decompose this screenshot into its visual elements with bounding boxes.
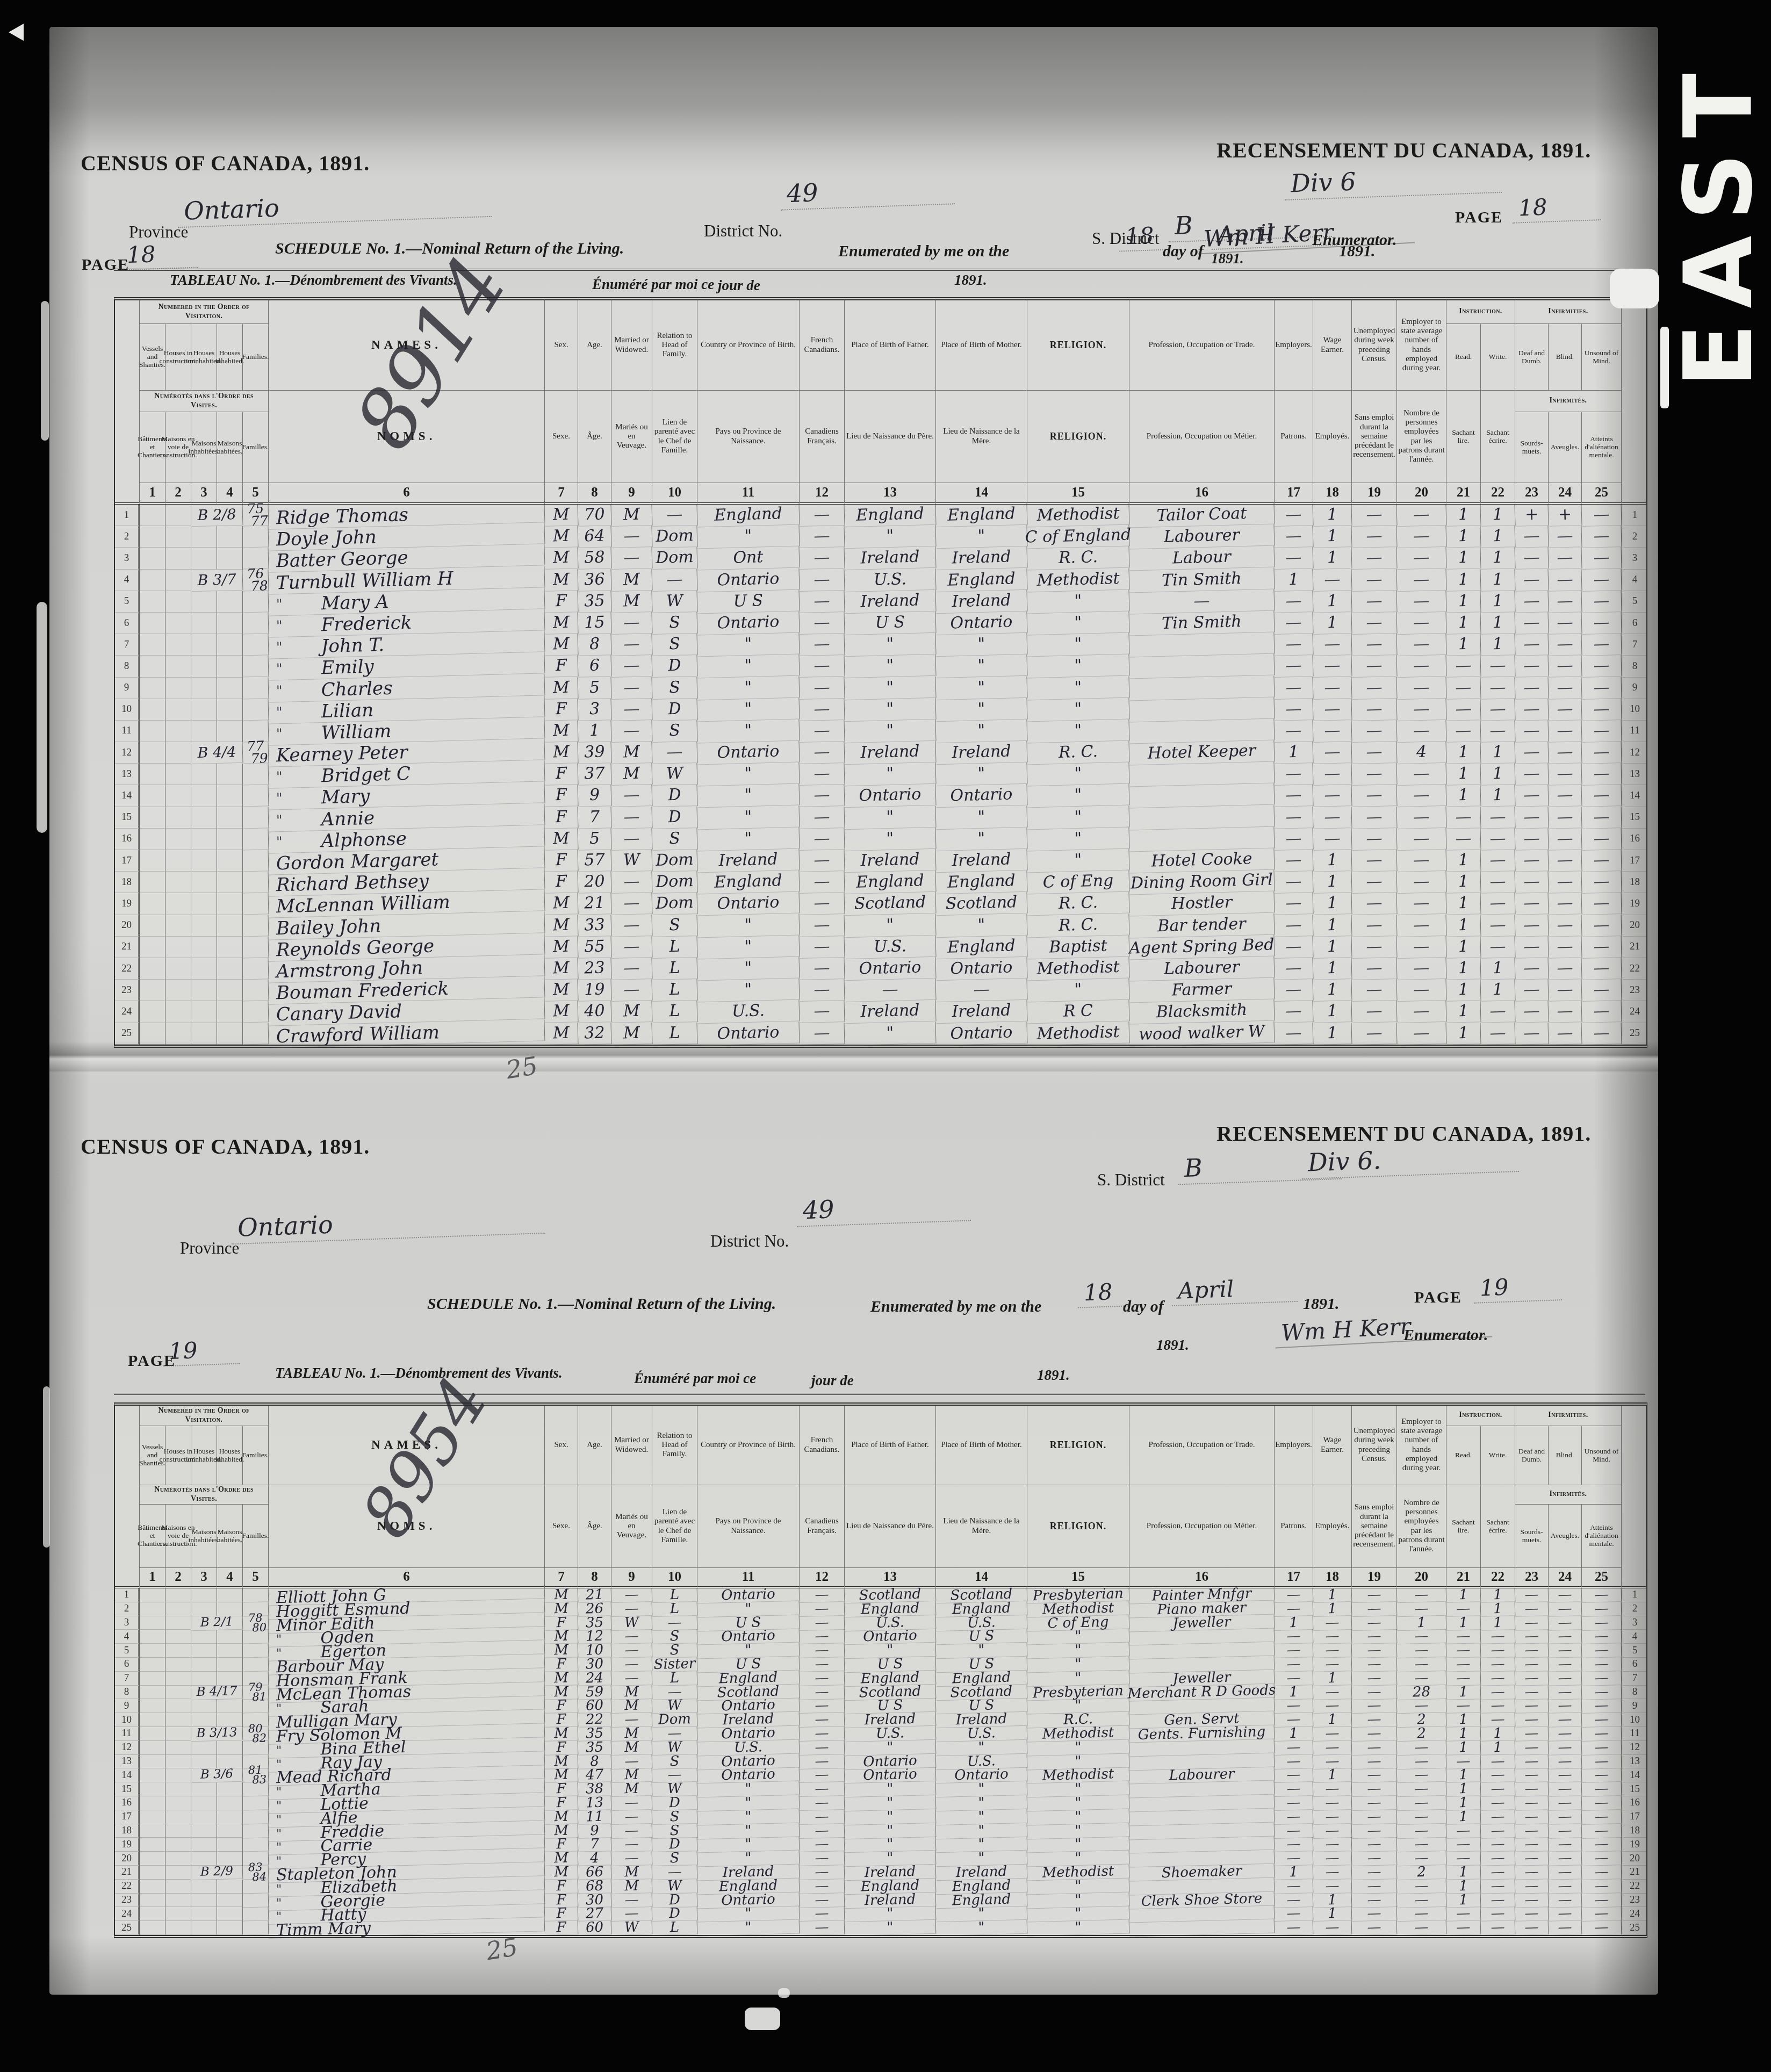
blind-entry: — [1548,893,1582,916]
french-canadian-entry: — [799,699,845,721]
deaf-entry: — [1515,763,1549,786]
age-entry: 60 [578,1920,612,1935]
column-label-fr-8: Âge. [578,391,611,483]
column-label-fr-10: Lien de parenté avec le Chef de Famille. [652,391,697,483]
family-number [242,785,269,807]
column-label-fr-24: Aveugles. [1549,412,1582,483]
unemployed-entry: — [1351,914,1397,937]
empty-cell [191,1921,217,1935]
occupation-entry: Blacksmith [1129,999,1275,1025]
empty-cell [217,1838,243,1852]
occupation-entry: Tin Smith [1129,567,1275,593]
empty-cell [191,1672,217,1686]
mother-birthplace-entry: " [936,633,1028,657]
age-entry: 39 [578,742,611,764]
father-birthplace-entry: Scotland [845,892,937,916]
hands-employed-entry: — [1396,763,1446,786]
age-entry: 64 [578,526,611,548]
empty-cell [191,958,217,980]
employer-entry: — [1274,785,1313,808]
row-number: 11 [115,721,140,742]
column-number: 13 [845,1568,936,1588]
read-entry: — [1446,807,1481,829]
hands-employed-entry: — [1396,526,1446,549]
empty-cell [217,1852,243,1866]
unsound-entry: — [1581,1023,1622,1045]
column-number: 11 [697,1568,800,1588]
empty-cell [140,1838,165,1852]
birth-country-entry: Ontario [697,741,800,765]
employer-entry: 1 [1274,742,1313,764]
deaf-entry: — [1515,893,1549,916]
hands-employed-entry: — [1396,828,1446,851]
column-number: 20 [1397,1568,1446,1588]
religion-entry: " [1027,654,1130,679]
employer-entry: — [1274,612,1313,635]
column-number: 25 [1582,1568,1622,1588]
hands-employed-entry: — [1396,1022,1446,1045]
empty-cell [140,829,165,850]
empty-cell [191,1630,217,1644]
row-number: 4 [1622,570,1646,591]
empty-cell [165,526,191,548]
married-widowed-entry: — [611,699,652,721]
relation-entry: — [652,742,697,764]
empty-cell [165,1686,191,1700]
family-number [242,807,269,829]
unsound-entry: — [1581,1001,1622,1023]
hands-employed-entry: — [1396,893,1446,916]
row-number: 13 [1622,1755,1646,1769]
birth-country-entry: Ontario [697,611,800,635]
unsound-entry: — [1581,634,1622,656]
paper-edge-tear [37,602,47,833]
column-number: 3 [191,1568,217,1588]
visitation-column-label-fr: Maisons inhabitées. [191,1505,217,1568]
father-birthplace-entry: England [845,503,937,528]
column-number: 16 [1129,483,1275,505]
family-number [242,936,269,958]
census-table-page-18: Numbered in the Order of Visitation.Vess… [49,91,1658,1080]
row-number: 15 [115,807,140,829]
relation-entry: S [652,720,697,743]
row-number: 16 [1622,1796,1646,1810]
married-widowed-entry: W [611,850,652,872]
wage-earner-entry: 1 [1313,958,1352,980]
hands-employed-entry: — [1396,785,1446,808]
hands-employed-entry: — [1396,806,1446,829]
empty-cell [191,634,217,656]
empty-cell [140,1699,165,1713]
married-widowed-entry: — [611,526,652,548]
empty-cell [140,1852,165,1866]
relation-entry: S [652,677,697,699]
empty-cell [140,1810,165,1824]
sex-entry: M [544,958,578,980]
empty-cell [140,1001,165,1023]
blind-entry: — [1548,634,1582,656]
visitation-column-label-fr: Maisons inhabitées. [191,412,217,483]
relation-entry: S [652,612,697,635]
employer-entry: — [1274,526,1313,548]
religion-entry: R. C. [1027,892,1130,916]
birth-country-entry: England [697,870,800,895]
age-entry: 33 [578,915,611,937]
unsound-entry: — [1581,785,1622,807]
occupation-entry [1129,654,1275,679]
deaf-entry: — [1515,807,1549,829]
deaf-entry: — [1515,677,1549,700]
married-widowed-entry: — [611,828,652,851]
column-label-fr-12: Canadiens Français. [800,1485,845,1568]
married-widowed-entry: — [611,893,652,915]
deaf-entry: — [1515,915,1549,937]
empty-cell [191,1894,217,1908]
unsound-entry: — [1581,763,1622,786]
mother-birthplace-entry: England [936,568,1028,592]
visitation-entry: B 4/17 [191,1685,243,1700]
hands-employed-entry: — [1396,655,1446,678]
empty-cell [191,1001,217,1023]
family-number [243,1588,269,1602]
paper-edge-tear [41,301,49,441]
deaf-entry: — [1515,656,1549,678]
family-number: 7880 [243,1616,269,1630]
empty-cell [165,785,191,807]
empty-cell [217,915,243,937]
mother-birthplace-entry: England [936,936,1028,960]
father-birthplace-entry: " [845,828,937,852]
married-widowed-entry: — [611,720,652,743]
empty-cell [140,937,165,958]
column-label-en-7: Sex. [545,300,578,391]
unemployed-entry: — [1351,547,1397,570]
empty-cell [191,1644,217,1658]
unemployed-entry: — [1351,1001,1397,1023]
empty-cell [217,699,243,721]
mother-birthplace-entry: " [936,697,1028,722]
write-entry: 1 [1480,569,1515,592]
married-widowed-entry: M [611,1001,652,1023]
column-label-en-12: French Canadians. [800,1406,845,1485]
column-label-fr-25: Atteints d'aliénation mentale. [1582,412,1622,483]
empty-cell [165,1602,191,1616]
sex-entry: M [544,915,578,937]
column-number: 2 [165,483,191,505]
empty-cell [165,1755,191,1769]
empty-cell [140,742,165,764]
french-canadian-entry: — [799,742,845,764]
french-canadian-entry: — [799,634,845,656]
age-entry: 5 [578,828,611,851]
unemployed-entry: — [1351,634,1397,656]
empty-cell [191,591,217,613]
married-widowed-entry: — [611,958,652,980]
column-label-en-18: Wage Earner. [1313,300,1352,391]
read-entry: 1 [1446,504,1481,527]
married-widowed-entry: M [611,504,652,527]
empty-cell [165,1838,191,1852]
column-number: 22 [1481,1568,1515,1588]
write-entry: — [1480,893,1515,916]
empty-cell [191,980,217,1001]
empty-cell [217,1880,243,1894]
married-widowed-entry: M [611,591,652,613]
empty-cell [140,1672,165,1686]
row-number: 19 [1622,893,1646,915]
religion-entry: R. C. [1027,546,1130,571]
empty-cell [217,937,243,958]
write-entry: 1 [1480,785,1515,808]
row-number-header [115,1406,140,1588]
family-number [243,1838,269,1852]
empty-cell [140,1768,165,1782]
unemployed-entry: — [1351,828,1397,851]
column-label-en-20: Employer to state average number of hand… [1397,1406,1446,1485]
blind-entry: — [1548,548,1582,570]
column-label-fr-9: Mariés ou en Veuvage. [611,391,652,483]
relation-entry: S [652,914,697,937]
birth-country-entry: England [697,503,800,528]
column-number: 7 [545,483,578,505]
visitation-column-label-fr: Familles. [243,1505,269,1568]
age-entry: 8 [578,634,611,656]
married-widowed-entry: W [611,1920,653,1936]
row-number: 10 [1622,1713,1646,1727]
married-widowed-entry: — [611,936,652,959]
empty-cell [217,980,243,1001]
unsound-entry: — [1581,720,1622,743]
sex-entry: F [544,785,578,808]
column-label-en-19: Unemployed during week preceding Census. [1352,1406,1397,1485]
mother-birthplace-entry: Ontario [936,957,1028,981]
french-canadian-entry: — [799,526,845,548]
row-number: 9 [1622,678,1646,699]
wage-earner-entry: 1 [1313,504,1352,527]
occupation-entry [1129,805,1275,830]
french-canadian-entry: — [800,1920,845,1936]
column-number: 24 [1549,1568,1582,1588]
birth-country-entry: U.S. [697,1000,800,1024]
french-canadian-entry: — [799,1001,845,1023]
write-entry: — [1480,655,1515,678]
visitation-column-label-fr: Maisons habitées. [217,412,243,483]
unemployed-entry: — [1351,612,1397,635]
age-entry: 40 [578,1001,611,1024]
family-number [242,591,269,613]
column-label-fr-9: Mariés ou en Veuvage. [611,1485,652,1568]
french-canadian-entry: — [799,547,845,570]
column-number: 23 [1515,483,1549,505]
religion-entry: " [1027,827,1130,851]
mother-birthplace-entry: " [936,805,1028,830]
write-entry: — [1480,828,1515,851]
row-number: 17 [1622,850,1646,872]
religion-entry: " [1027,676,1130,700]
unemployed-entry: — [1352,1920,1398,1936]
sex-entry: M [544,677,578,700]
empty-cell [191,937,217,958]
family-number [242,634,269,656]
empty-cell [191,1713,217,1727]
column-number: 10 [652,483,697,505]
column-number: 6 [269,483,545,505]
column-label-fr-13: Lieu de Naissance du Père. [845,391,936,483]
write-entry: 1 [1480,958,1515,980]
married-widowed-entry: — [611,785,652,807]
read-entry: — [1446,655,1481,678]
film-artifact [745,2008,780,2030]
write-entry: — [1480,1023,1515,1045]
age-entry: 6 [578,656,611,678]
row-number: 22 [115,958,140,980]
father-birthplace-entry: " [845,525,937,549]
column-number: 5 [243,1568,269,1588]
wage-earner-entry: — [1313,785,1352,808]
row-number: 24 [1622,1001,1646,1023]
occupation-entry: Hostler [1129,891,1275,917]
row-number: 18 [115,872,140,893]
column-label-en-22: Write. [1481,324,1515,391]
mother-birthplace-entry: Ireland [936,849,1028,873]
row-number: 21 [1622,1866,1646,1880]
column-label-en-11: Country or Province of Birth. [697,300,800,391]
unemployed-entry: — [1351,742,1397,764]
visitation-entry: B 3/13 [191,1726,243,1742]
unsound-entry: — [1581,828,1622,851]
empty-cell [165,613,191,634]
row-number: 12 [1622,1741,1646,1755]
empty-cell [165,1907,191,1921]
relation-entry: Dom [652,893,697,915]
relation-entry: S [652,634,697,656]
wage-earner-entry: 1 [1313,547,1352,570]
family-number [243,1782,269,1797]
hands-employed-entry: — [1396,850,1446,873]
column-label-en-14: Place of Birth of Mother. [936,300,1027,391]
unsound-entry: — [1581,958,1622,980]
empty-cell [217,893,243,915]
column-label-fr-14: Lieu de Naissance de la Mère. [936,391,1027,483]
french-canadian-entry: — [799,785,845,807]
religion-entry: " [1027,589,1130,614]
family-number [243,1824,269,1838]
empty-cell [140,591,165,613]
column-label-en-15: RELIGION. [1027,300,1129,391]
read-entry: 1 [1446,936,1481,959]
write-entry: 1 [1480,591,1515,613]
empty-cell [140,1713,165,1727]
empty-cell [165,937,191,958]
infirmities-group-title-en: Infirmities. [1515,300,1622,324]
age-entry: 57 [578,850,611,872]
column-number: 9 [611,483,652,505]
empty-cell [165,829,191,850]
row-number: 22 [115,1880,140,1894]
sex-entry: M [544,569,578,592]
visitation-column-label-en: Houses inhabited. [217,1426,243,1485]
sex-entry: M [544,742,578,764]
wage-earner-entry: — [1313,699,1352,721]
empty-cell [217,764,243,785]
mother-birthplace-entry: Ireland [936,741,1028,765]
empty-cell [140,1616,165,1630]
empty-cell [165,548,191,569]
relation-entry: W [652,763,697,786]
relation-entry: S [652,828,697,851]
film-artifact [9,24,24,41]
deaf-entry: + [1515,504,1549,527]
birth-country-entry: " [697,827,800,851]
unemployed-entry: — [1351,526,1397,548]
blind-entry: — [1548,871,1582,894]
family-number: 7678 [242,569,269,591]
empty-cell [217,591,243,613]
father-birthplace-entry: " [845,913,937,938]
column-number: 2 [165,1568,191,1588]
deaf-entry: — [1515,548,1549,570]
family-number: 7577 [242,504,269,526]
column-label-fr-16: Profession, Occupation ou Métier. [1129,1485,1275,1568]
father-birthplace-entry: U.S. [845,936,937,960]
hands-employed-entry: — [1396,958,1446,981]
row-number: 10 [115,1713,140,1727]
unsound-entry: — [1581,936,1622,959]
birth-country-entry: " [697,719,800,743]
wage-earner-entry: — [1313,1920,1352,1936]
birth-country-entry: " [697,762,800,787]
write-entry: — [1480,720,1515,743]
empty-cell [165,1894,191,1908]
census-table-page-19: Numbered in the Order of Visitation.Vess… [49,1075,1658,1999]
religion-entry: " [1027,762,1130,787]
row-number: 9 [1622,1699,1646,1713]
visitation-entry: B 2/8 [191,504,243,527]
empty-cell [140,1644,165,1658]
column-label-en-12: French Canadians. [800,300,845,391]
religion-entry: Methodist [1027,956,1130,981]
family-number [243,1644,269,1658]
sex-entry: F [544,656,578,678]
deaf-entry: — [1515,979,1549,1002]
birth-country-entry: U S [697,589,800,614]
religion-entry: R C [1027,1000,1130,1024]
column-label-en-25: Unsound of Mind. [1582,324,1622,391]
visitation-column-label-en: Houses uninhabited. [191,324,217,391]
empty-cell [165,591,191,613]
empty-cell [165,1713,191,1727]
blind-entry: — [1549,1920,1582,1935]
mother-birthplace-entry: " [936,720,1028,744]
sex-entry: M [544,612,578,635]
family-number: 8082 [243,1726,269,1741]
visitation-entry: B 4/4 [191,742,243,765]
family-number [242,526,269,548]
empty-cell [140,1907,165,1921]
father-birthplace-entry: Ireland [845,546,937,571]
row-number: 10 [115,699,140,721]
empty-cell [165,1866,191,1880]
column-label-fr-17: Patrons. [1275,391,1313,483]
employer-entry: — [1274,699,1313,721]
row-number: 12 [115,742,140,764]
column-label-fr-19: Sans emploi durant la semaine précédant … [1352,391,1397,483]
column-label-fr-17: Patrons. [1275,1485,1313,1568]
religion-entry: " [1027,719,1130,743]
blind-entry: — [1548,1023,1582,1045]
birth-country-entry: " [697,654,800,679]
column-label-en-20: Employer to state average number of hand… [1397,300,1446,391]
